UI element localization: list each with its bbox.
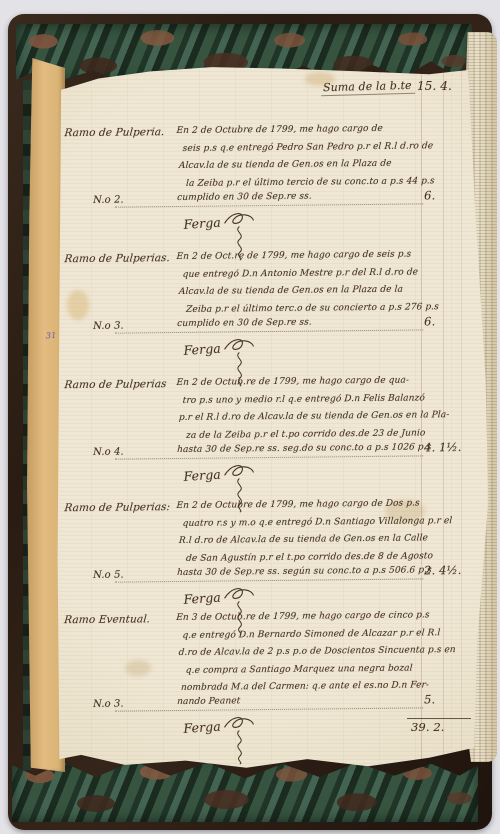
entry-number: N.o 2. [93,195,124,206]
rubric-tail-icon [231,730,247,764]
signature-name: Ferga [183,590,221,607]
entry-category: Ramo Eventual. [64,613,151,626]
entry-line: cumplido en 30 de Sep.re ss. [177,192,312,203]
dotted-leader [115,455,423,459]
signature-name: Ferga [183,215,221,232]
signature-name: Ferga [183,467,221,484]
entry-amount-row: N.o 4. hasta 30 de Sep.re ss. seg.do su … [93,442,475,463]
carryover-amount: 15. 4. [417,79,452,93]
carryover-header: Suma de la b.te 15. 4. [55,80,490,100]
ledger-entry: Ramo de Pulperia. En 2 de Octubre de 179… [54,120,490,251]
entry-category: Ramo de Pulperias. [64,252,171,265]
entry-text: En 2 de Octub.re de 1799, me hago cargo … [176,372,449,445]
dotted-leader [115,329,423,333]
folio-number: 31 [46,331,57,341]
photo-background: 31 Suma de la b.te 15. 4. Ramo de Pulper… [0,0,500,834]
entry-line: Alcav.la de su tienda de Gen.os en la Pl… [178,155,435,175]
ledger-entry: Ramo Eventual. En 3 de Octub.re de 1799,… [54,607,491,782]
entry-line: En 2 de Octub.re de 1799, me hago cargo … [176,372,450,392]
entry-amount-row: N.o 2. cumplido en 30 de Sep.re ss. 6. [93,190,475,211]
entry-number: N.o 3. [93,321,124,332]
entry-line: hasta 30 de Sep.re ss. seg.do su conc.to… [177,442,432,455]
entry-line: En 2 de Octubre de 1799, me hago cargo d… [176,495,453,515]
entry-line: d.ro de Alcav.la de 2 p.s p.o de Doscien… [178,642,456,662]
entry-amount-row: N.o 3. nando Peanet 5. [93,694,475,715]
carryover-label: Suma de la b.te [321,79,415,96]
entry-number: N.o 3. [93,699,124,710]
signature-name: Ferga [183,341,221,358]
entry-line: hasta 30 de Sep.re ss. según su conc.to … [177,565,432,578]
entry-amount: 6. [424,314,435,328]
dotted-leader [115,203,423,207]
entry-amount: 4. 1½. [424,440,462,454]
total-rule [407,718,471,719]
entry-number: N.o 5. [93,570,124,581]
entry-text: En 2 de Octubre de 1799, me hago cargo d… [176,495,452,568]
entry-line: En 3 de Octub.re de 1799, me hago cargo … [176,607,456,627]
entry-line: nando Peanet [177,696,241,707]
entry-line: Alcav.la de su tienda de Gen.os en la Pl… [178,281,439,301]
ledger-page: Suma de la b.te 15. 4. Ramo de Pulperia.… [55,60,490,772]
entry-line: En 2 de Oct.re de 1799, me hago cargo de… [176,246,439,266]
dotted-leader [115,707,423,711]
ledger-entry: Ramo de Pulperias: En 2 de Octubre de 17… [54,495,490,626]
entry-number: N.o 4. [93,447,124,458]
dotted-leader [115,578,423,582]
entry-category: Ramo de Pulperias: [64,501,171,514]
entry-line: cumplido en 30 de Sep.re ss. [177,318,312,329]
entry-line: p.r el R.l d.ro de Alcav.la de su tienda… [178,407,450,427]
entry-amount: 6. [424,188,435,202]
signature-name: Ferga [183,719,221,736]
entry-line: R.l d.ro de Alcav.la de su tienda de Gen… [178,530,453,550]
ledger-entry: Ramo de Pulperias En 2 de Octub.re de 17… [54,372,490,503]
entry-text: En 3 de Octub.re de 1799, me hago cargo … [176,607,456,697]
ledger-entry: Ramo de Pulperias. En 2 de Oct.re de 179… [54,246,490,377]
entry-category: Ramo de Pulperias [64,378,167,391]
entry-text: En 2 de Octubre de 1799, me hago cargo d… [176,120,434,193]
page-total: 39. 2. [411,720,445,734]
entry-line: En 2 de Octubre de 1799, me hago cargo d… [176,120,435,140]
entry-text: En 2 de Oct.re de 1799, me hago cargo de… [176,246,439,319]
entry-amount-row: N.o 3. cumplido en 30 de Sep.re ss. 6. [93,316,475,337]
entry-amount: 2. 4½. [424,563,462,577]
entry-amount-row: N.o 5. hasta 30 de Sep.re ss. según su c… [93,565,475,586]
entry-amount: 5. [424,692,435,706]
entry-category: Ramo de Pulperia. [64,126,165,139]
